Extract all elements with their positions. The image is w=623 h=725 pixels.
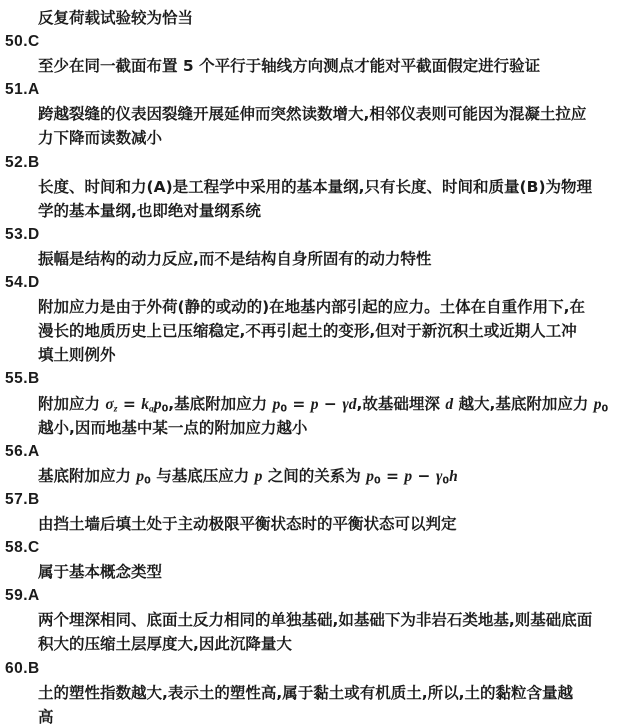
answer-number: 54.D	[0, 271, 623, 295]
text-run: 与基底压应力	[151, 467, 255, 485]
text-run: 59.A	[5, 587, 40, 604]
math-run: p	[404, 468, 412, 485]
math-run: d	[349, 396, 357, 413]
text-run: =	[287, 395, 311, 413]
math-run: p	[154, 396, 162, 413]
text-run: 漫长的地质历史上已压缩稳定,不再引起土的变形,但对于新沉积土或近期人工冲	[38, 322, 577, 340]
explanation-line: 跨越裂缝的仪表因裂缝开展延伸而突然读数增大,相邻仪表则可能因为混凝土拉应	[0, 102, 623, 126]
answer-number: 51.A	[0, 78, 623, 102]
text-run: 积大的压缩土层厚度大,因此沉降量大	[38, 635, 292, 653]
text-run: 振幅是结构的动力反应,而不是结构自身所固有的动力特性	[38, 250, 431, 268]
explanation-line: 由挡土墙后填土处于主动极限平衡状态时的平衡状态可以判定	[0, 512, 623, 536]
text-run: 56.A	[5, 443, 40, 460]
explanation-line: 属于基本概念类型	[0, 560, 623, 584]
text-run: 反复荷载试验较为恰当	[38, 9, 193, 27]
explanation-line: 两个埋深相同、底面土反力相同的单独基础,如基础下为非岩石类地基,则基础底面	[0, 608, 623, 632]
text-run: 长度、时间和力(A)是工程学中采用的基本量纲,只有长度、时间和质量(B)为物理	[38, 178, 592, 196]
math-run: p	[366, 468, 374, 485]
answer-number: 52.B	[0, 151, 623, 175]
text-run: 填土则例外	[38, 346, 116, 364]
answer-number: 57.B	[0, 488, 623, 512]
math-run: d	[445, 396, 453, 413]
text-run: 附加应力	[38, 395, 105, 413]
explanation-line: 长度、时间和力(A)是工程学中采用的基本量纲,只有长度、时间和质量(B)为物理	[0, 175, 623, 199]
explanation-line: 积大的压缩土层厚度大,因此沉降量大	[0, 632, 623, 656]
text-run: 58.C	[5, 539, 40, 556]
math-run: k	[141, 396, 149, 413]
text-run: =	[118, 395, 142, 413]
math-run: 0	[602, 403, 609, 414]
answer-number: 59.A	[0, 584, 623, 608]
text-run: 53.D	[5, 226, 40, 243]
answer-number: 60.B	[0, 657, 623, 681]
text-run: 力下降而读数减小	[38, 129, 162, 147]
text-run: 学的基本量纲,也即绝对量纲系统	[38, 202, 261, 220]
math-run: 0	[144, 475, 151, 486]
explanation-line: 附加应力是由于外荷(静的或动的)在地基内部引起的应力。土体在自重作用下,在	[0, 295, 623, 319]
math-run: 0	[280, 403, 287, 414]
math-run: p	[594, 396, 602, 413]
math-run: p	[136, 468, 144, 485]
explanation-line: 至少在同一截面布置 5 个平行于轴线方向测点才能对平截面假定进行验证	[0, 54, 623, 78]
text-run: 至少在同一截面布置 5 个平行于轴线方向测点才能对平截面假定进行验证	[38, 57, 540, 75]
answer-key-document: 反复荷载试验较为恰当50.C至少在同一截面布置 5 个平行于轴线方向测点才能对平…	[0, 0, 623, 725]
explanation-line: 土的塑性指数越大,表示土的塑性高,属于黏土或有机质土,所以,土的黏粒含量越	[0, 681, 623, 705]
answer-number: 50.C	[0, 30, 623, 54]
text-run: 52.B	[5, 154, 40, 171]
math-run: σ	[105, 396, 113, 413]
text-run: 跨越裂缝的仪表因裂缝开展延伸而突然读数增大,相邻仪表则可能因为混凝土拉应	[38, 105, 586, 123]
text-run: ,故基础埋深	[357, 395, 446, 413]
math-run: 0	[374, 475, 381, 486]
explanation-line: 振幅是结构的动力反应,而不是结构自身所固有的动力特性	[0, 247, 623, 271]
text-run: 60.B	[5, 660, 40, 677]
text-run: −	[319, 395, 343, 413]
text-run: 附加应力是由于外荷(静的或动的)在地基内部引起的应力。土体在自重作用下,在	[38, 298, 585, 316]
text-run: =	[381, 467, 405, 485]
text-run: 高	[38, 708, 54, 725]
text-run: 越大,基底附加应力	[453, 395, 594, 413]
explanation-line: 越小,因而地基中某一点的附加应力越小	[0, 416, 623, 440]
text-run: ,基底附加应力	[168, 395, 272, 413]
text-run: 55.B	[5, 370, 40, 387]
text-run: 54.D	[5, 274, 40, 291]
math-run: p	[311, 396, 319, 413]
text-run: 之间的关系为	[262, 467, 366, 485]
answer-number: 53.D	[0, 223, 623, 247]
text-run: 51.A	[5, 81, 40, 98]
answer-number: 55.B	[0, 367, 623, 391]
text-run: 两个埋深相同、底面土反力相同的单独基础,如基础下为非岩石类地基,则基础底面	[38, 611, 592, 629]
text-run: 基底附加应力	[38, 467, 136, 485]
explanation-line: 填土则例外	[0, 343, 623, 367]
text-run: 越小,因而地基中某一点的附加应力越小	[38, 419, 307, 437]
text-run: 由挡土墙后填土处于主动极限平衡状态时的平衡状态可以判定	[38, 515, 457, 533]
math-run: h	[449, 468, 458, 485]
text-run: 土的塑性指数越大,表示土的塑性高,属于黏土或有机质土,所以,土的黏粒含量越	[38, 684, 573, 702]
text-run: 57.B	[5, 491, 40, 508]
text-run: −	[412, 467, 436, 485]
explanation-line: 基底附加应力 p0 与基底压应力 p 之间的关系为 p0 = p − γ0h	[0, 464, 623, 488]
explanation-line: 高	[0, 705, 623, 725]
answer-lines-container: 反复荷载试验较为恰当50.C至少在同一截面布置 5 个平行于轴线方向测点才能对平…	[0, 6, 623, 725]
explanation-line: 反复荷载试验较为恰当	[0, 6, 623, 30]
answer-number: 58.C	[0, 536, 623, 560]
explanation-line: 学的基本量纲,也即绝对量纲系统	[0, 199, 623, 223]
text-run: 50.C	[5, 33, 40, 50]
explanation-line: 漫长的地质历史上已压缩稳定,不再引起土的变形,但对于新沉积土或近期人工冲	[0, 319, 623, 343]
explanation-line: 附加应力 σz = kap0,基底附加应力 p0 = p − γd,故基础埋深 …	[0, 392, 623, 416]
answer-number: 56.A	[0, 440, 623, 464]
text-run: 属于基本概念类型	[38, 563, 162, 581]
explanation-line: 力下降而读数减小	[0, 126, 623, 150]
